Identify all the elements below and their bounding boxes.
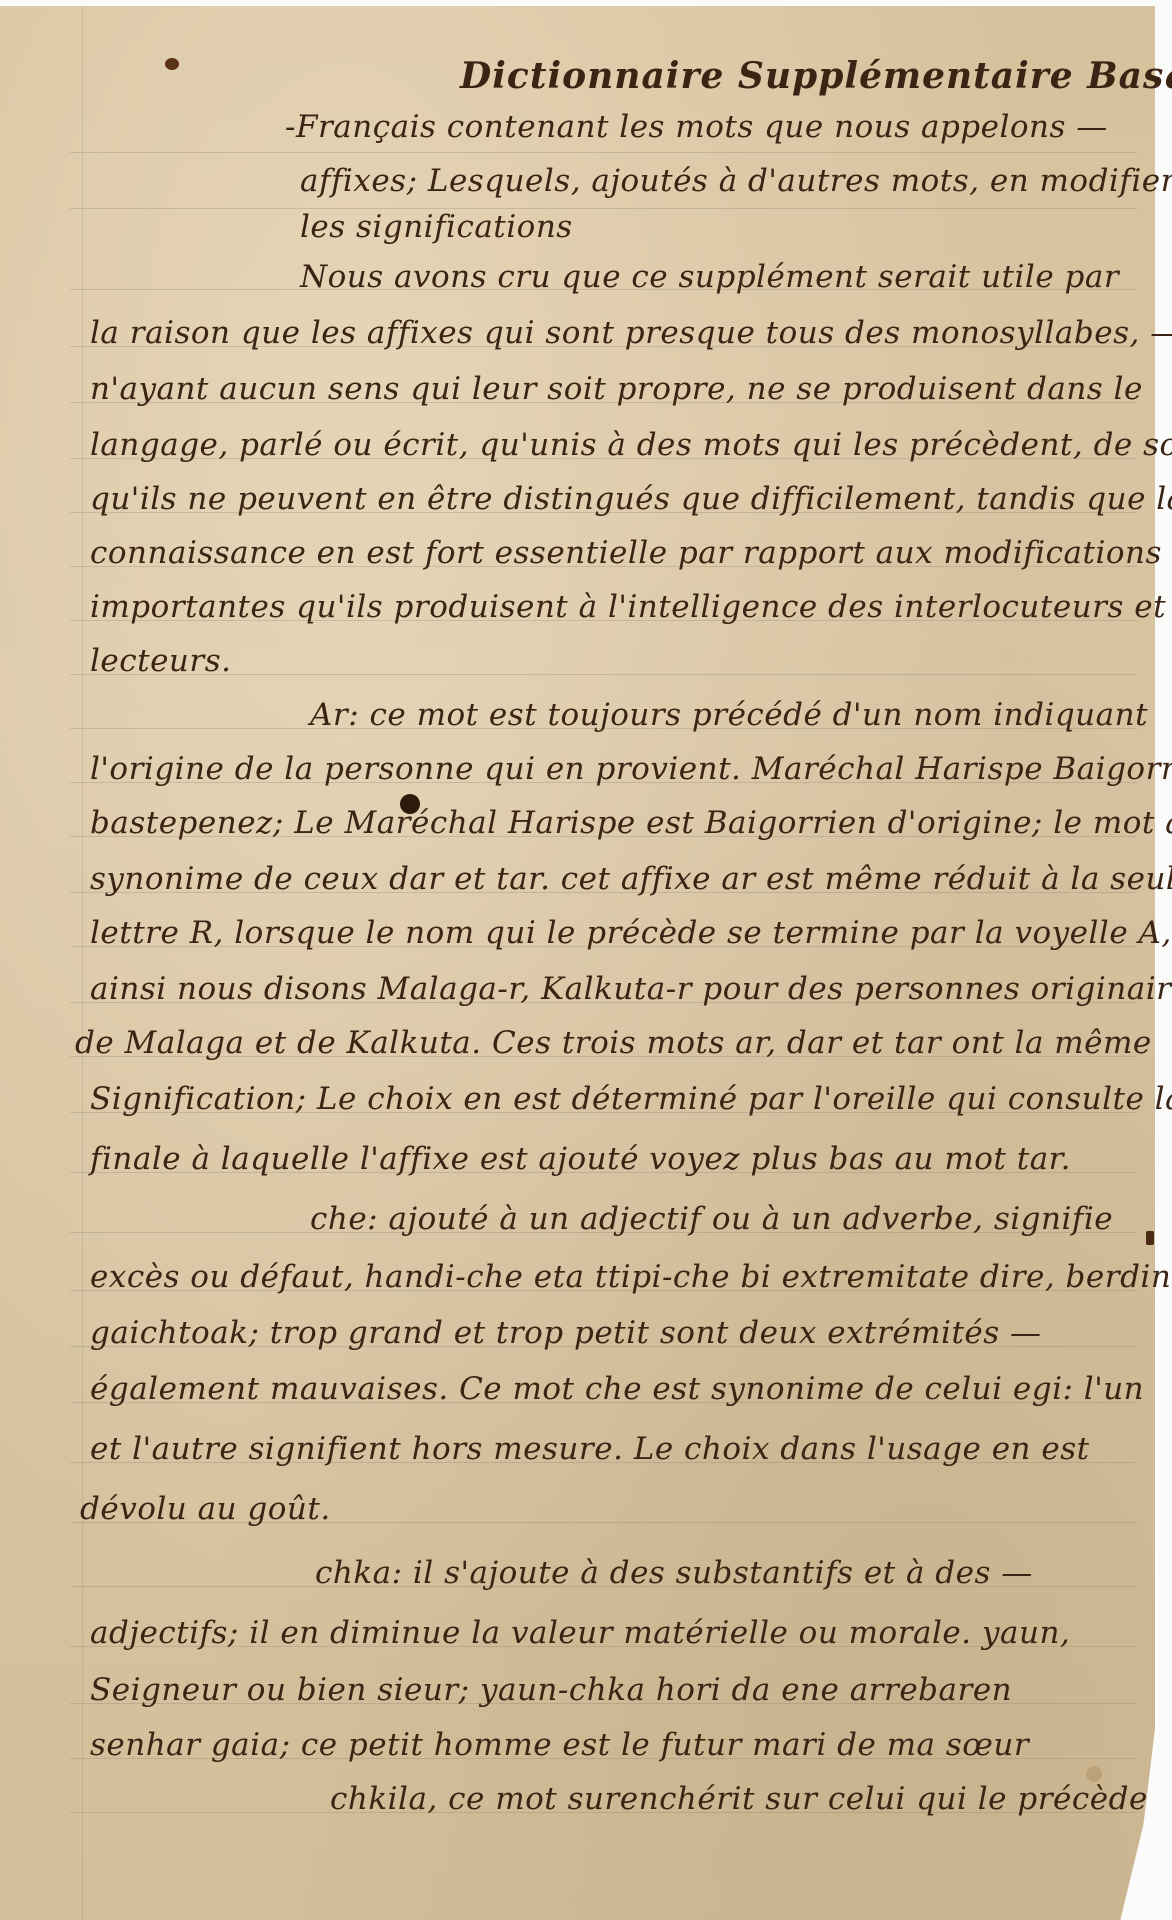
handwritten-text: Dictionnaire Supplémentaire Basque- -Fra… — [0, 0, 1155, 1914]
text-line: adjectifs; il en diminue la valeur matér… — [90, 1618, 1070, 1649]
text-line: n'ayant aucun sens qui leur soit propre,… — [90, 374, 1143, 405]
text-line: également mauvaises. Ce mot che est syno… — [90, 1374, 1144, 1405]
text-line: connaissance en est fort essentielle par… — [90, 538, 1172, 569]
text-line: lecteurs. — [90, 646, 231, 677]
text-line: l'origine de la personne qui en provient… — [90, 754, 1172, 785]
text-line: dévolu au goût. — [80, 1494, 331, 1525]
text-line: les significations — [300, 212, 573, 243]
text-line: Signification; Le choix en est déterminé… — [90, 1084, 1172, 1115]
text-line: langage, parlé ou écrit, qu'unis à des m… — [90, 430, 1172, 461]
text-line: synonime de ceux dar et tar. cet affixe … — [90, 864, 1172, 895]
entry-chka: chka: il s'ajoute à des substantifs et à… — [315, 1558, 1033, 1589]
text-line: senhar gaia; ce petit homme est le futur… — [90, 1730, 1029, 1761]
text-line: gaichtoak; trop grand et trop petit sont… — [90, 1318, 1042, 1349]
text-line: ainsi nous disons Malaga-r, Kalkuta-r po… — [90, 974, 1172, 1005]
entry-che: che: ajouté à un adjectif ou à un adverb… — [310, 1204, 1113, 1235]
text-line: et l'autre signifient hors mesure. Le ch… — [90, 1434, 1090, 1465]
text-line: -Français contenant les mots que nous ap… — [285, 112, 1108, 143]
entry-ar: Ar: ce mot est toujours précédé d'un nom… — [310, 700, 1148, 731]
document-title: Dictionnaire Supplémentaire Basque- — [460, 58, 1172, 94]
text-line: Seigneur ou bien sieur; yaun-chka hori d… — [90, 1675, 1012, 1706]
text-line: qu'ils ne peuvent en être distingués que… — [90, 484, 1172, 515]
text-line: finale à laquelle l'affixe est ajouté vo… — [90, 1144, 1071, 1175]
text-line: excès ou défaut, handi-che eta ttipi-che… — [90, 1262, 1171, 1293]
text-line: de Malaga et de Kalkuta. Ces trois mots … — [75, 1028, 1152, 1059]
text-line: affixes; Lesquels, ajoutés à d'autres mo… — [300, 166, 1172, 197]
text-line: importantes qu'ils produisent à l'intell… — [90, 592, 1172, 623]
text-line: bastepenez; Le Maréchal Harispe est Baig… — [90, 808, 1172, 839]
text-line: la raison que les affixes qui sont presq… — [90, 318, 1172, 349]
text-line: Nous avons cru que ce supplément serait … — [300, 262, 1119, 293]
text-line: lettre R, lorsque le nom qui le précède … — [90, 918, 1172, 949]
entry-chkila: chkila, ce mot surenchérit sur celui qui… — [330, 1784, 1148, 1815]
